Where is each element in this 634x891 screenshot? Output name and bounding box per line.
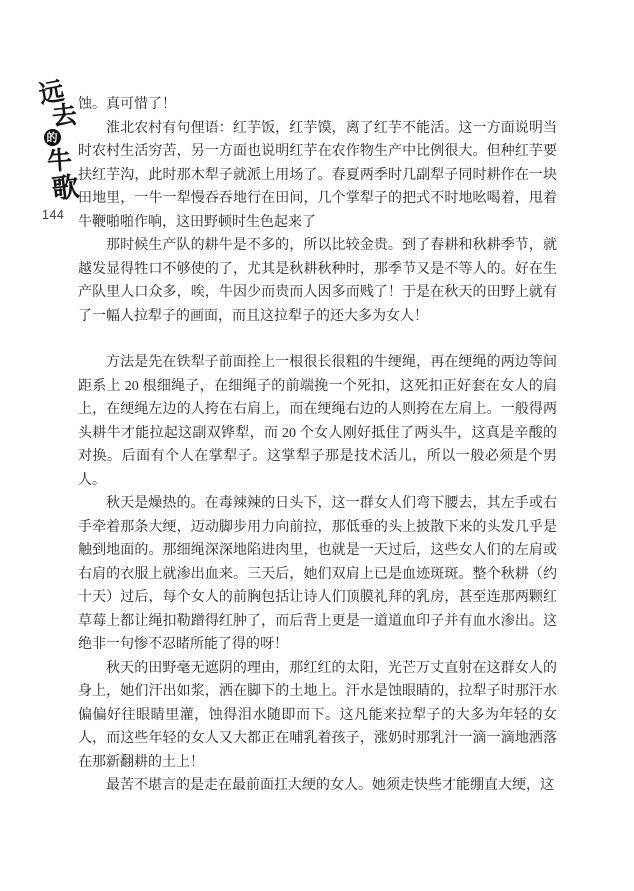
- page-number: 144: [42, 208, 64, 222]
- paragraph: 最苦不堪言的是走在最前面扛大绠的女人。她须走快些才能绷直大绠，这: [78, 774, 557, 798]
- series-title-calligraphy: 远 去 的 牛 歌: [34, 80, 84, 202]
- paragraph-continuation: 蚀。真可惜了！: [78, 93, 557, 117]
- logo-char-de-circle-icon: 的: [44, 129, 61, 146]
- paragraph: 淮北农村有句俚语：红芋饭，红芋馍，离了红芋不能活。这一方面说明当时农村生活穷苦，…: [78, 117, 557, 235]
- paragraph: 那时候生产队的耕牛是不多的，所以比较金贵。到了春耕和秋耕季节，就越发显得牲口不够…: [78, 234, 557, 328]
- logo-char-niu: 牛: [47, 147, 74, 174]
- logo-char-qu: 去: [51, 101, 79, 129]
- article-text-block: 蚀。真可惜了！ 淮北农村有句俚语：红芋饭，红芋馍，离了红芋不能活。这一方面说明当…: [78, 93, 557, 798]
- section-break: [78, 328, 557, 351]
- paragraph: 方法是先在铁犁子前面拴上一根很长很粗的牛绠绳，再在绠绳的两边等间距系上 20 根…: [78, 351, 557, 492]
- paragraph: 秋天的田野毫无遮阴的理由，那红红的太阳，光芒万丈直射在这群女人的身上，她们汗出如…: [78, 657, 557, 775]
- paragraph: 秋天是燥热的。在毒辣辣的日头下，这一群女人们弯下腰去，其左手或右手牵着那条大绠，…: [78, 492, 557, 657]
- book-page: 远 去 的 牛 歌 144 蚀。真可惜了！ 淮北农村有句俚语：红芋饭，红芋馍，离…: [0, 0, 634, 891]
- logo-char-ge: 歌: [50, 173, 80, 204]
